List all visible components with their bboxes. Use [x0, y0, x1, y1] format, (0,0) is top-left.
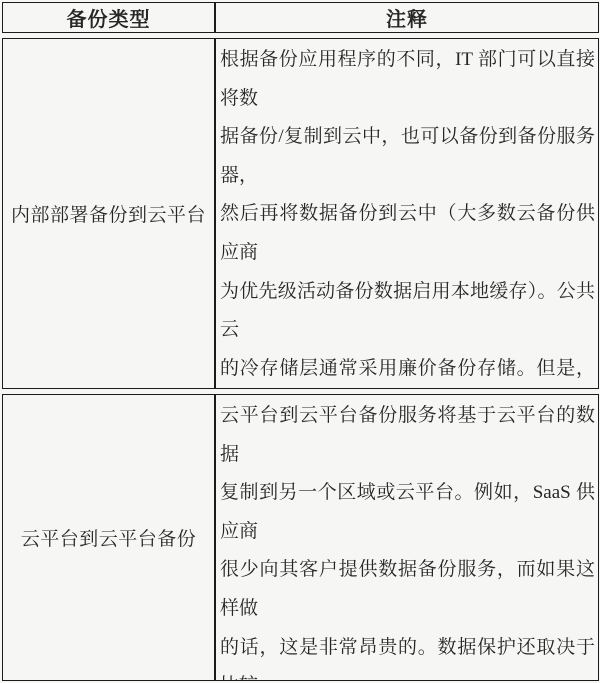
scanned-page: 备份类型 注释 内部部署备份到云平台 根据备份应用程序的不同，IT 部门可以直接…	[0, 0, 600, 683]
table-row-2-note-cell: 云平台到云平台备份服务将基于云平台的数据 复制到另一个区域或云平台。例如，Saa…	[215, 394, 599, 681]
table-row-1-backup-type-cell: 内部部署备份到云平台	[2, 38, 215, 389]
backup-types-table: 备份类型 注释 内部部署备份到云平台 根据备份应用程序的不同，IT 部门可以直接…	[2, 2, 599, 681]
backup-type-column-header: 备份类型	[2, 2, 215, 33]
note-column-header: 注释	[215, 2, 599, 33]
table-row-2-backup-type-cell: 云平台到云平台备份	[2, 394, 215, 681]
table-row-1-note-cell: 根据备份应用程序的不同，IT 部门可以直接将数 据备份/复制到云中，也可以备份到…	[215, 38, 599, 389]
